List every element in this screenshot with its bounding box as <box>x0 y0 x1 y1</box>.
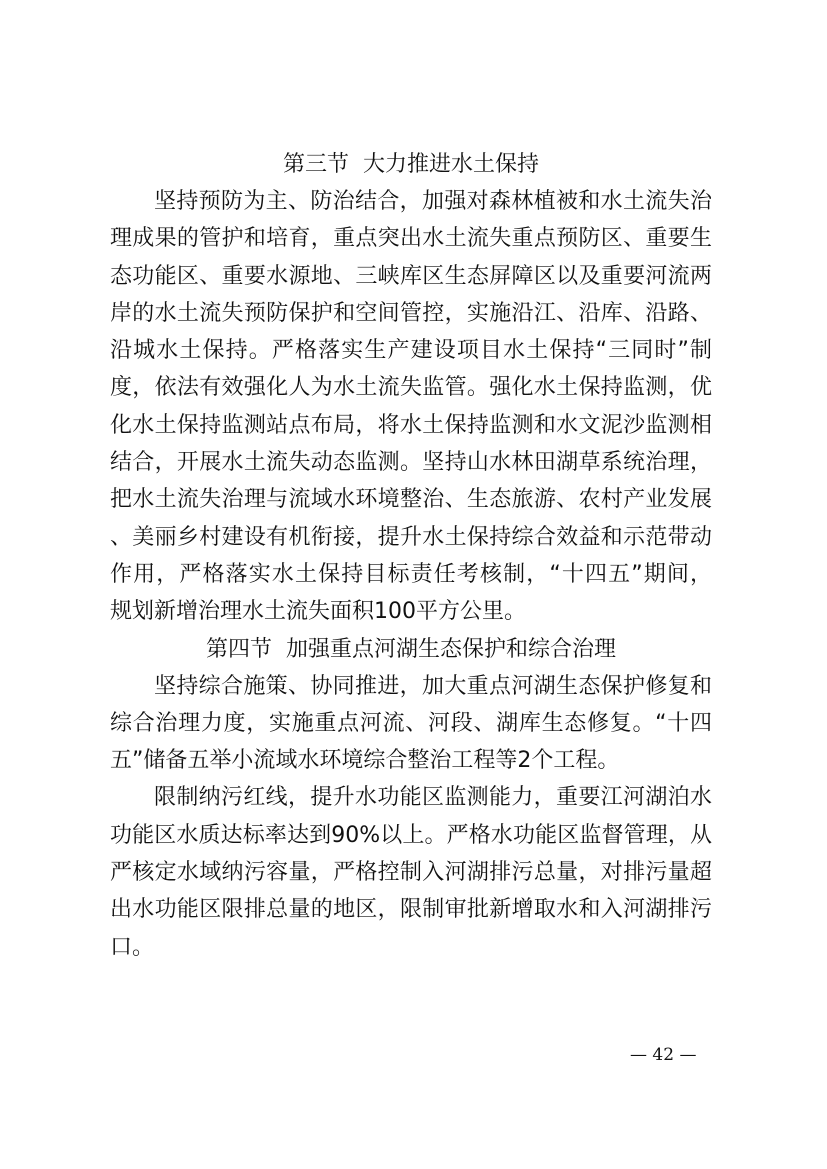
text-line: 理成果的管护和培育，重点突出水土流失重点预防区、重要生 <box>110 220 712 257</box>
text-line: 岸的水土流失预防保护和空间管控，实施沿江、沿库、沿路、 <box>110 295 712 332</box>
text-line: 综合治理力度，实施重点河流、河段、湖库生态修复。“十四 <box>110 705 712 742</box>
text-line: 口。 <box>110 929 712 966</box>
text-line: 结合，开展水土流失动态监测。坚持山水林田湖草系统治理， <box>110 444 712 481</box>
page-number: — 42 — <box>630 1045 696 1065</box>
text-line: 限制纳污红线，提升水功能区监测能力，重要江河湖泊水 <box>110 779 712 816</box>
text-line: 态功能区、重要水源地、三峡库区生态屏障区以及重要河流两 <box>110 258 712 295</box>
section-heading-3: 第三节 大力推进水土保持 <box>110 146 712 183</box>
section-heading-4: 第四节 加强重点河湖生态保护和综合治理 <box>110 631 712 668</box>
text-line: 出水功能区限排总量的地区，限制审批新增取水和入河湖排污 <box>110 891 712 928</box>
text-line: 、美丽乡村建设有机衔接，提升水土保持综合效益和示范带动 <box>110 519 712 556</box>
text-line: 沿城水土保持。严格落实生产建设项目水土保持“三同时”制 <box>110 332 712 369</box>
text-line: 化水土保持监测站点布局，将水土保持监测和水文泥沙监测相 <box>110 407 712 444</box>
text-line: 坚持综合施策、协同推进，加大重点河湖生态保护修复和 <box>110 668 712 705</box>
text-line: 规划新增治理水土流失面积100平方公里。 <box>110 593 712 630</box>
document-page: 第三节 大力推进水土保持 坚持预防为主、防治结合，加强对森林植被和水土流失治 理… <box>110 146 712 966</box>
text-line: 坚持预防为主、防治结合，加强对森林植被和水土流失治 <box>110 183 712 220</box>
text-line: 严核定水域纳污容量，严格控制入河湖排污总量，对排污量超 <box>110 854 712 891</box>
section-3-paragraph: 坚持预防为主、防治结合，加强对森林植被和水土流失治 理成果的管护和培育，重点突出… <box>110 183 712 631</box>
text-line: 把水土流失治理与流域水环境整治、生态旅游、农村产业发展 <box>110 481 712 518</box>
text-line: 五”储备五举小流域水环境综合整治工程等2个工程。 <box>110 742 712 779</box>
text-line: 作用，严格落实水土保持目标责任考核制，“十四五”期间， <box>110 556 712 593</box>
section-4-paragraph-1: 坚持综合施策、协同推进，加大重点河湖生态保护修复和 综合治理力度，实施重点河流、… <box>110 668 712 780</box>
section-4-paragraph-2: 限制纳污红线，提升水功能区监测能力，重要江河湖泊水 功能区水质达标率达到90%以… <box>110 779 712 965</box>
text-line: 功能区水质达标率达到90%以上。严格水功能区监督管理，从 <box>110 817 712 854</box>
text-line: 度，依法有效强化人为水土流失监管。强化水土保持监测，优 <box>110 369 712 406</box>
